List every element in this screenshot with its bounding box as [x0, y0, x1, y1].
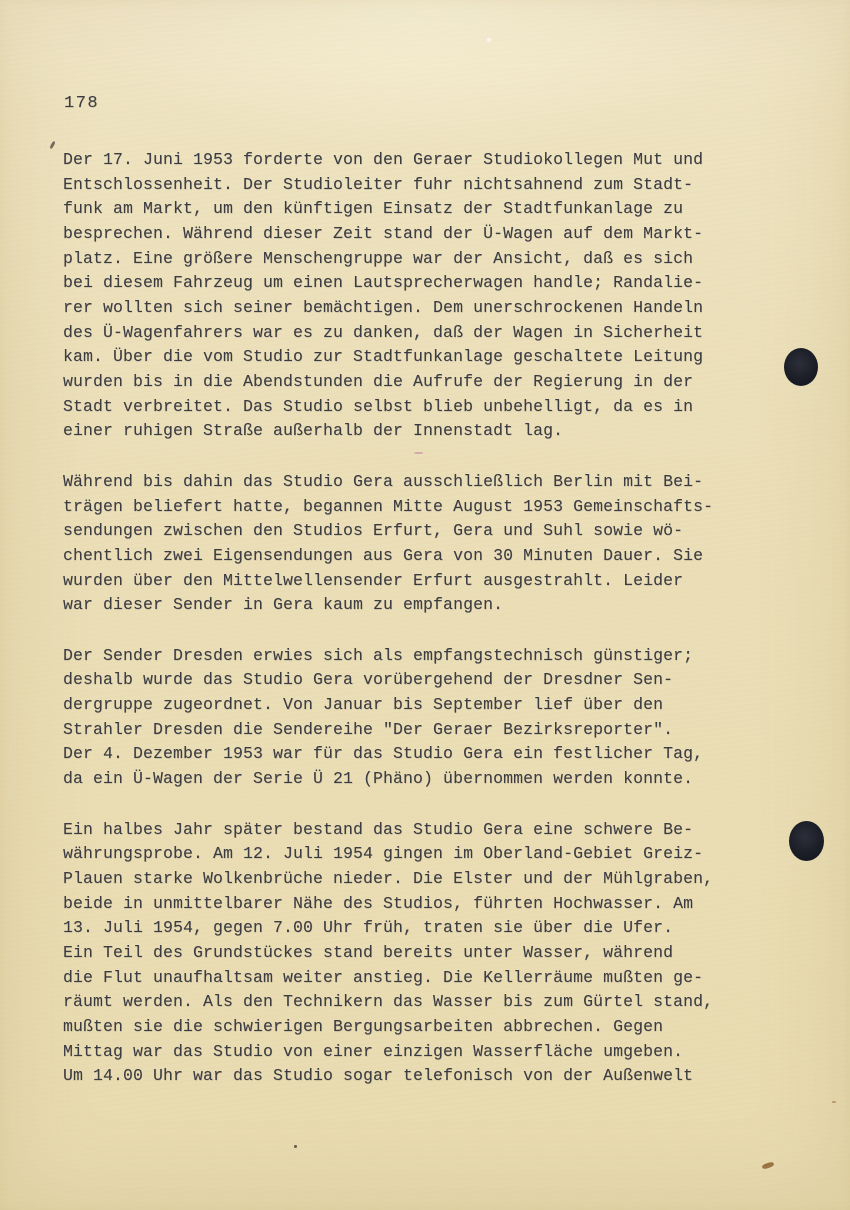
text-line: Der Sender Dresden erwies sich als empfa… — [63, 644, 713, 669]
text-line: Ein halbes Jahr später bestand das Studi… — [63, 818, 713, 843]
paper-speck — [832, 1101, 836, 1103]
text-line: sendungen zwischen den Studios Erfurt, G… — [63, 519, 713, 544]
text-line: Der 4. Dezember 1953 war für das Studio … — [63, 742, 713, 767]
text-line: Ein Teil des Grundstückes stand bereits … — [63, 941, 713, 966]
text-line: Mittag war das Studio von einer einzigen… — [63, 1040, 713, 1065]
text-line: Plauen starke Wolkenbrüche nieder. Die E… — [63, 867, 713, 892]
text-line: rer wollten sich seiner bemächtigen. Dem… — [63, 296, 713, 321]
text-line: trägen beliefert hatte, begannen Mitte A… — [63, 495, 713, 520]
text-line: Entschlossenheit. Der Studioleiter fuhr … — [63, 173, 713, 198]
text-line: deshalb wurde das Studio Gera vorübergeh… — [63, 668, 713, 693]
text-line: funk am Markt, um den künftigen Einsatz … — [63, 197, 713, 222]
paper-speck — [414, 452, 423, 454]
text-line: bei diesem Fahrzeug um einen Lautspreche… — [63, 271, 713, 296]
text-line: kam. Über die vom Studio zur Stadtfunkan… — [63, 345, 713, 370]
text-line: wurden über den Mittelwellensender Erfur… — [63, 569, 713, 594]
paper-speck — [762, 1161, 775, 1169]
paper-speck — [49, 141, 55, 149]
ink-dot-top — [784, 348, 818, 386]
paragraph: Während bis dahin das Studio Gera aussch… — [63, 470, 713, 618]
text-line: wurden bis in die Abendstunden die Aufru… — [63, 370, 713, 395]
text-line: Während bis dahin das Studio Gera aussch… — [63, 470, 713, 495]
text-line: chentlich zwei Eigensendungen aus Gera v… — [63, 544, 713, 569]
paragraph: Der 17. Juni 1953 forderte von den Gerae… — [63, 148, 713, 444]
text-line: einer ruhigen Straße außerhalb der Innen… — [63, 419, 713, 444]
text-line: war dieser Sender in Gera kaum zu empfan… — [63, 593, 713, 618]
paragraph: Ein halbes Jahr später bestand das Studi… — [63, 818, 713, 1089]
ink-dot-bottom — [789, 821, 824, 861]
text-line: Um 14.00 Uhr war das Studio sogar telefo… — [63, 1064, 713, 1089]
text-line: beide in unmittelbarer Nähe des Studios,… — [63, 892, 713, 917]
text-line: Strahler Dresden die Sendereihe "Der Ger… — [63, 718, 713, 743]
text-line: mußten sie die schwierigen Bergungsarbei… — [63, 1015, 713, 1040]
text-line: besprechen. Während dieser Zeit stand de… — [63, 222, 713, 247]
body-text: Der 17. Juni 1953 forderte von den Gerae… — [63, 148, 713, 1115]
text-line: des Ü-Wagenfahrers war es zu danken, daß… — [63, 321, 713, 346]
text-line: räumt werden. Als den Technikern das Was… — [63, 990, 713, 1015]
text-line: Stadt verbreitet. Das Studio selbst blie… — [63, 395, 713, 420]
scanned-document-page: 178 Der 17. Juni 1953 forderte von den G… — [0, 0, 850, 1210]
text-line: dergruppe zugeordnet. Von Januar bis Sep… — [63, 693, 713, 718]
text-line: platz. Eine größere Menschengruppe war d… — [63, 247, 713, 272]
text-line: die Flut unaufhaltsam weiter anstieg. Di… — [63, 966, 713, 991]
paragraph: Der Sender Dresden erwies sich als empfa… — [63, 644, 713, 792]
text-line: währungsprobe. Am 12. Juli 1954 gingen i… — [63, 842, 713, 867]
text-line: Der 17. Juni 1953 forderte von den Gerae… — [63, 148, 713, 173]
page-number: 178 — [64, 94, 99, 113]
text-line: da ein Ü-Wagen der Serie Ü 21 (Phäno) üb… — [63, 767, 713, 792]
paper-speck — [294, 1145, 297, 1148]
text-line: 13. Juli 1954, gegen 7.00 Uhr früh, trat… — [63, 916, 713, 941]
